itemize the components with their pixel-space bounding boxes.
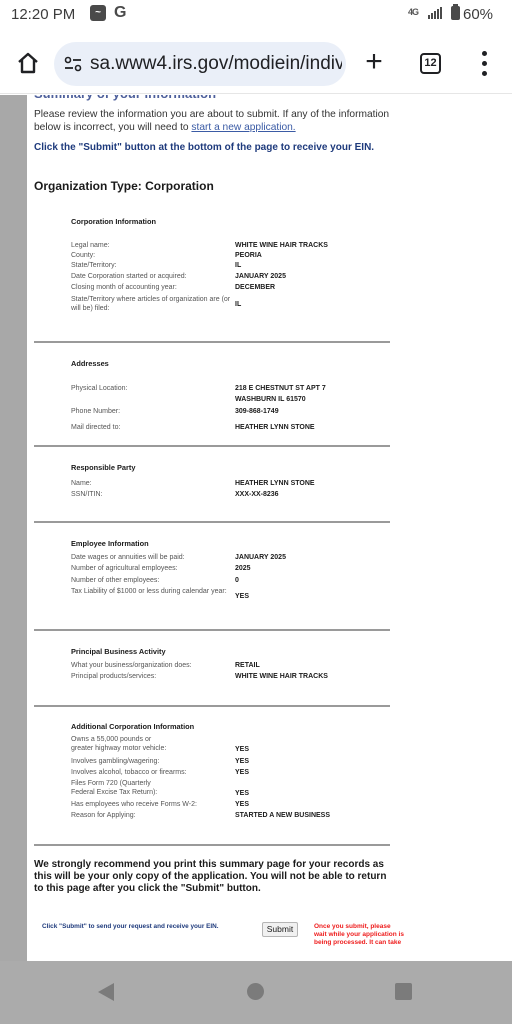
divider: [34, 445, 390, 447]
print-recommendation: We strongly recommend you print this sum…: [34, 859, 394, 895]
more-vert-icon[interactable]: [478, 51, 490, 77]
battery-percent: 60%: [463, 6, 493, 23]
submit-button[interactable]: Submit: [262, 922, 298, 937]
start-new-application-link[interactable]: start a new application.: [191, 122, 295, 133]
battery-icon: [451, 6, 460, 20]
left-margin: [0, 95, 27, 961]
address-bar[interactable]: sa.www4.irs.gov/modiein/indiv: [54, 42, 346, 86]
organization-type: Organization Type: Corporation: [34, 179, 214, 193]
section-title: Corporation Information: [71, 217, 156, 226]
intro-text: Please review the information you are ab…: [34, 108, 394, 134]
home-circle-icon[interactable]: [247, 983, 264, 1000]
plus-icon[interactable]: +: [362, 49, 386, 77]
divider: [34, 341, 390, 343]
section-title: Principal Business Activity: [71, 647, 166, 656]
google-icon: G: [114, 4, 126, 22]
status-time: 12:20 PM: [11, 6, 75, 23]
browser-toolbar: sa.www4.irs.gov/modiein/indiv + 12: [0, 32, 512, 94]
url-text[interactable]: sa.www4.irs.gov/modiein/indiv: [90, 53, 342, 75]
processing-warning: Once you submit, please wait while your …: [314, 923, 404, 947]
section-title: Addresses: [71, 359, 109, 368]
page-heading: Summary of your information: [34, 95, 216, 101]
back-icon[interactable]: [98, 983, 114, 1001]
status-bar: 12:20 PM ~ G 4G 60%: [0, 0, 512, 32]
divider: [34, 844, 390, 846]
submit-instruction: Click the "Submit" button at the bottom …: [34, 142, 374, 153]
network-type-icon: 4G: [408, 7, 418, 17]
signal-icon: [428, 7, 442, 19]
divider: [34, 521, 390, 523]
submit-final-note: Click "Submit" to send your request and …: [42, 923, 219, 930]
site-settings-icon[interactable]: [63, 54, 83, 74]
section-title: Responsible Party: [71, 463, 135, 472]
divider: [34, 705, 390, 707]
chart-app-icon: ~: [90, 5, 106, 21]
section-title: Employee Information: [71, 539, 149, 548]
recents-icon[interactable]: [395, 983, 412, 1000]
tabs-icon[interactable]: 12: [420, 53, 441, 74]
web-page: Summary of your information Please revie…: [0, 95, 512, 961]
home-icon[interactable]: [14, 49, 42, 77]
section-title: Additional Corporation Information: [71, 722, 194, 731]
divider: [34, 629, 390, 631]
system-nav-bar: [0, 961, 512, 1024]
